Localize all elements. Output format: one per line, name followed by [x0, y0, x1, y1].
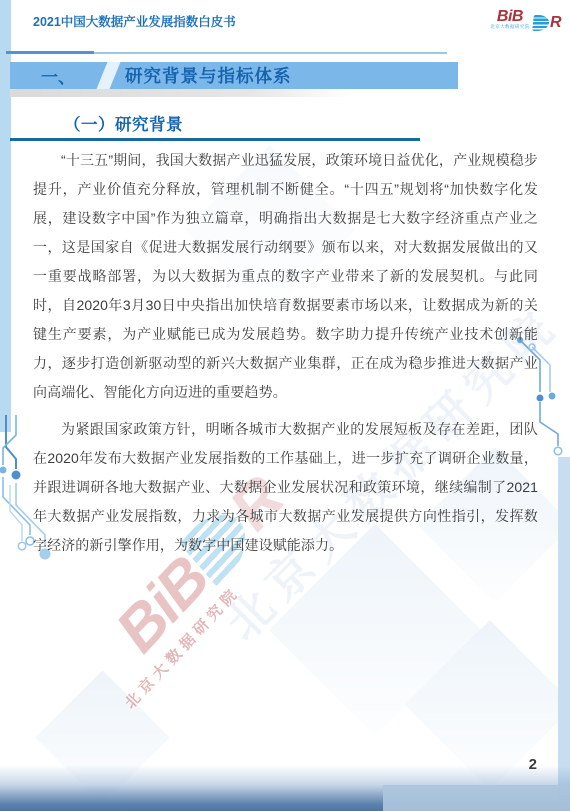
logo-text-left: BiB — [497, 9, 523, 24]
bibdr-logo: BiB 北京大数据研究院 R — [488, 9, 561, 30]
banner-shadow-decoration — [10, 89, 352, 97]
right-edge-strip — [558, 457, 570, 811]
section-banner: 一、 研究背景与指标体系 — [10, 62, 458, 89]
subsection-divider — [10, 138, 420, 141]
striped-d-logo-icon — [532, 15, 550, 31]
section-title: 研究背景与指标体系 — [125, 63, 292, 88]
document-page: 北京大数据研究院 BiB R 北京大数据研究院 2021中国大数据产业发展指数白… — [0, 0, 570, 811]
logo-text-right: R — [550, 15, 561, 30]
subsection-title: （一）研究背景 — [64, 111, 183, 135]
logo-tagline: 北京大数据研究院 — [490, 25, 530, 30]
logo-left-stack: BiB 北京大数据研究院 — [488, 9, 532, 30]
paragraph: “十三五”期间，我国大数据产业迅猛发展，政策环境日益优化，产业规模稳步提升，产业… — [33, 146, 538, 407]
section-number: 一、 — [41, 63, 75, 88]
document-header-title: 2021中国大数据产业发展指数白皮书 — [33, 12, 236, 30]
body-content: “十三五”期间，我国大数据产业迅猛发展，政策环境日益优化，产业规模稳步提升，产业… — [33, 146, 538, 568]
paragraph: 为紧跟国家政策方针，明晰各城市大数据产业的发展短板及存在差距，团队在2020年发… — [33, 415, 538, 560]
header-divider-dark-segment — [6, 51, 94, 54]
banner-slash-decoration — [97, 62, 121, 89]
page-number: 2 — [529, 756, 537, 773]
header-divider-light-segment — [94, 52, 447, 54]
footer-corner-block — [383, 785, 570, 811]
